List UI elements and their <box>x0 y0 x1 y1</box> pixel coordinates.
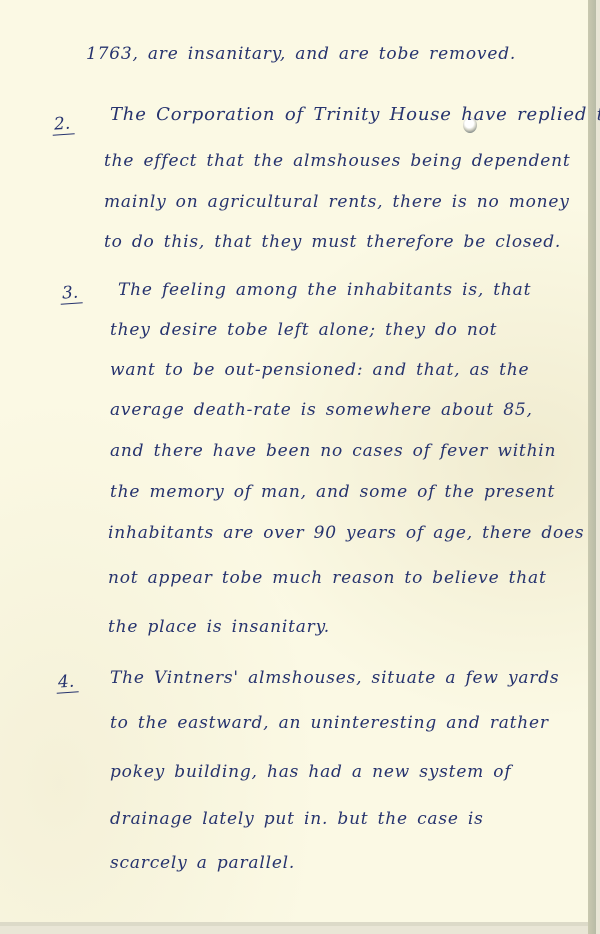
manuscript-page: 1763, are insanitary, and are tobe remov… <box>0 0 592 926</box>
text-line-19: scarcely a parallel. <box>110 853 295 873</box>
text-line-4: mainly on agricultural rents, there is n… <box>104 192 570 212</box>
text-line-12: inhabitants are over 90 years of age, th… <box>108 523 584 543</box>
text-line-14: the place is insanitary. <box>108 617 330 637</box>
page-edge <box>588 0 596 934</box>
text-line-18: drainage lately put in. but the case is <box>110 809 484 829</box>
paragraph-number-3: 3. <box>59 282 83 304</box>
text-line-7: they desire tobe left alone; they do not <box>110 320 497 340</box>
text-line-5: to do this, that they must therefore be … <box>104 232 561 252</box>
text-line-8: want to be out-pensioned: and that, as t… <box>110 360 529 380</box>
text-line-15: The Vintners' almshouses, situate a few … <box>110 668 559 688</box>
text-line-16: to the eastward, an uninteresting and ra… <box>110 713 549 733</box>
text-line-17: pokey building, has had a new system of <box>110 762 511 782</box>
text-line-1: 1763, are insanitary, and are tobe remov… <box>86 44 516 64</box>
text-line-11: the memory of man, and some of the prese… <box>110 482 555 502</box>
paragraph-number-2: 2. <box>51 113 75 135</box>
text-line-2: The Corporation of Trinity House have re… <box>110 104 600 125</box>
text-line-10: and there have been no cases of fever wi… <box>110 441 556 461</box>
text-line-3: the effect that the almshouses being dep… <box>104 151 571 171</box>
paragraph-number-4: 4. <box>55 671 79 693</box>
text-line-13: not appear tobe much reason to believe t… <box>108 568 547 588</box>
text-line-9: average death-rate is somewhere about 85… <box>110 400 533 420</box>
text-line-6: The feeling among the inhabitants is, th… <box>118 280 531 300</box>
